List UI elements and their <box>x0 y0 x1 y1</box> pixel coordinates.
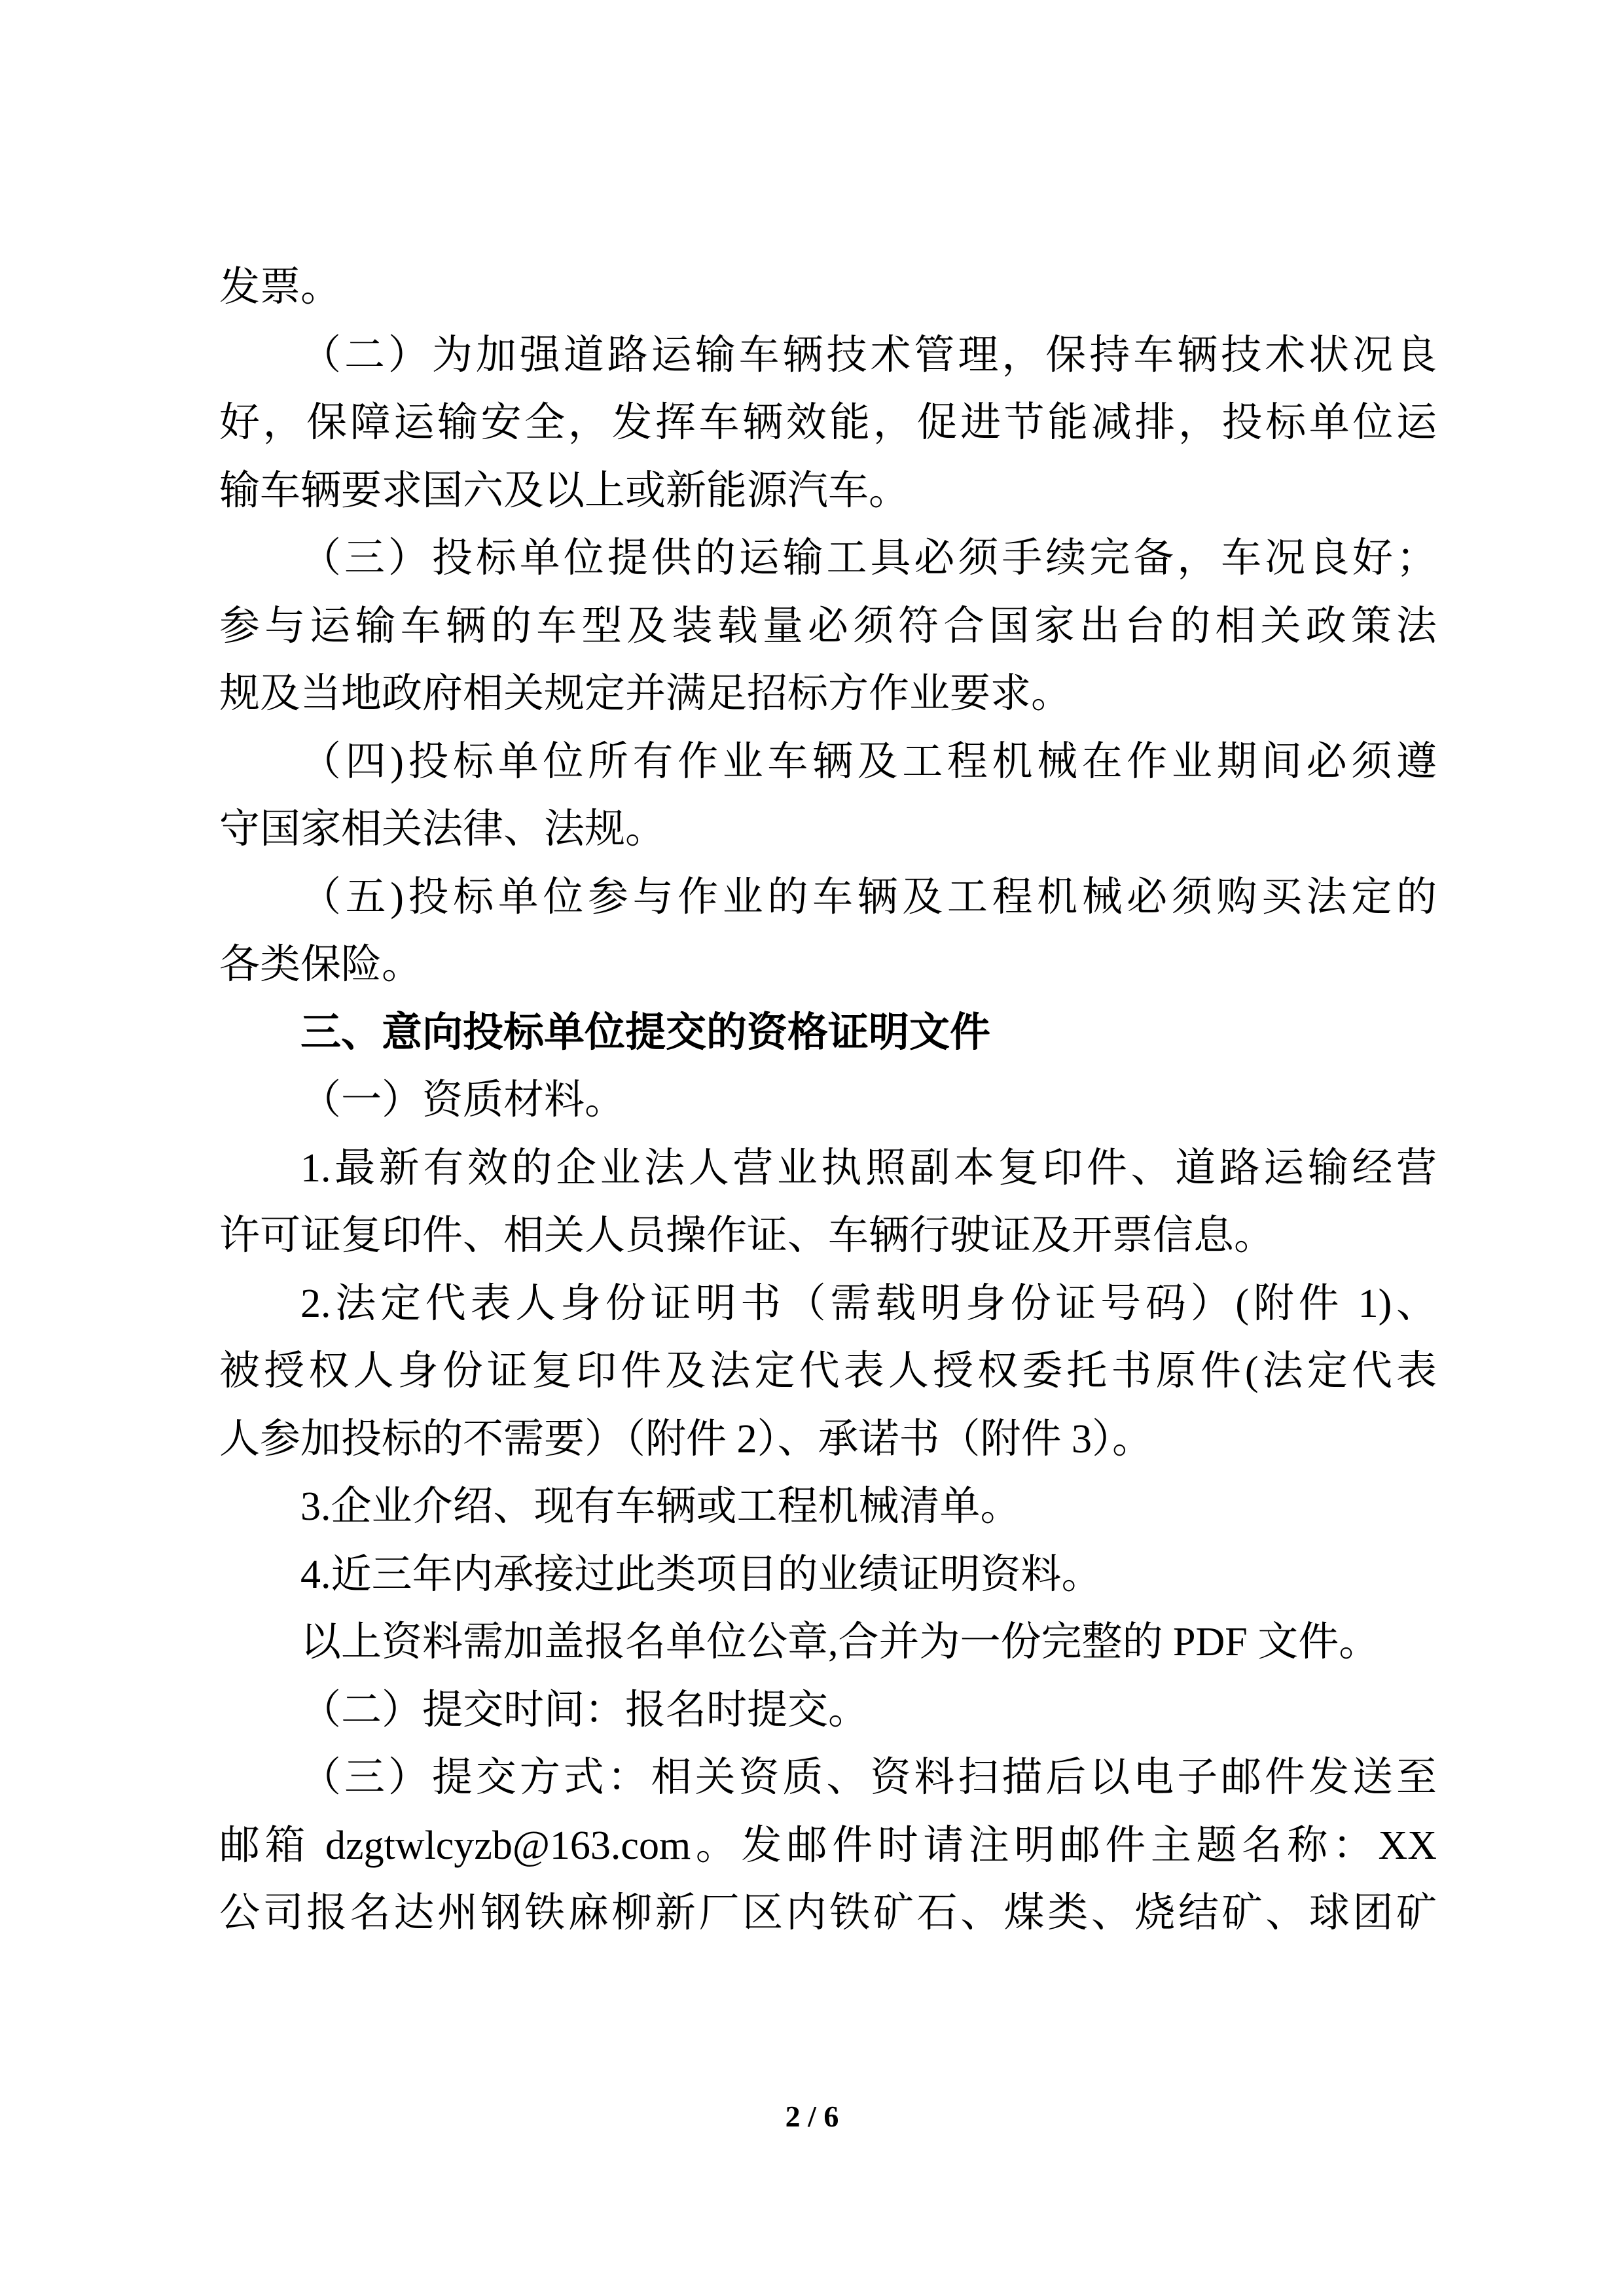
text-line: 邮箱 dzgtwlcyzb@163.com。发邮件时请注明邮件主题名称：XX <box>219 1812 1437 1880</box>
text-line: 4.近三年内承接过此类项目的业绩证明资料。 <box>219 1541 1437 1609</box>
page-number: 2 / 6 <box>785 2100 839 2133</box>
section-heading: 三、意向投标单位提交的资格证明文件 <box>219 999 1437 1067</box>
text-line: 公司报名达州钢铁麻柳新厂区内铁矿石、煤类、烧结矿、球团矿 <box>219 1880 1437 1948</box>
text-line: 规及当地政府相关规定并满足招标方作业要求。 <box>219 660 1437 728</box>
text-line: 各类保险。 <box>219 931 1437 999</box>
text-line: （一）资质材料。 <box>219 1067 1437 1135</box>
text-line: 2.法定代表人身份证明书（需载明身份证号码）(附件 1)、 <box>219 1270 1437 1338</box>
text-line: （三）提交方式：相关资质、资料扫描后以电子邮件发送至 <box>219 1744 1437 1812</box>
text-line: （二）提交时间：报名时提交。 <box>219 1677 1437 1745</box>
text-line: （二）为加强道路运输车辆技术管理，保持车辆技术状况良 <box>219 322 1437 390</box>
text-line: 发票。 <box>219 254 1437 322</box>
text-line: 守国家相关法律、法规。 <box>219 796 1437 864</box>
document-body: 发票。 （二）为加强道路运输车辆技术管理，保持车辆技术状况良 好，保障运输安全，… <box>219 254 1437 1948</box>
text-line: （五)投标单位参与作业的车辆及工程机械必须购买法定的 <box>219 864 1437 932</box>
text-line: 1.最新有效的企业法人营业执照副本复印件、道路运输经营 <box>219 1135 1437 1203</box>
text-line: 人参加投标的不需要）（附件 2）、承诺书（附件 3）。 <box>219 1406 1437 1474</box>
text-line: （四)投标单位所有作业车辆及工程机械在作业期间必须遵 <box>219 728 1437 797</box>
text-line: 以上资料需加盖报名单位公章,合并为一份完整的 PDF 文件。 <box>219 1609 1437 1677</box>
text-line: 3.企业介绍、现有车辆或工程机械清单。 <box>219 1473 1437 1541</box>
text-line: 许可证复印件、相关人员操作证、车辆行驶证及开票信息。 <box>219 1202 1437 1270</box>
text-line: 被授权人身份证复印件及法定代表人授权委托书原件(法定代表 <box>219 1338 1437 1406</box>
text-line: 输车辆要求国六及以上或新能源汽车。 <box>219 457 1437 526</box>
text-line: 参与运输车辆的车型及装载量必须符合国家出台的相关政策法 <box>219 593 1437 661</box>
text-line: 好，保障运输安全，发挥车辆效能，促进节能减排，投标单位运 <box>219 389 1437 457</box>
page-footer: 2 / 6 <box>0 2092 1624 2141</box>
text-line: （三）投标单位提供的运输工具必须手续完备，车况良好； <box>219 525 1437 593</box>
